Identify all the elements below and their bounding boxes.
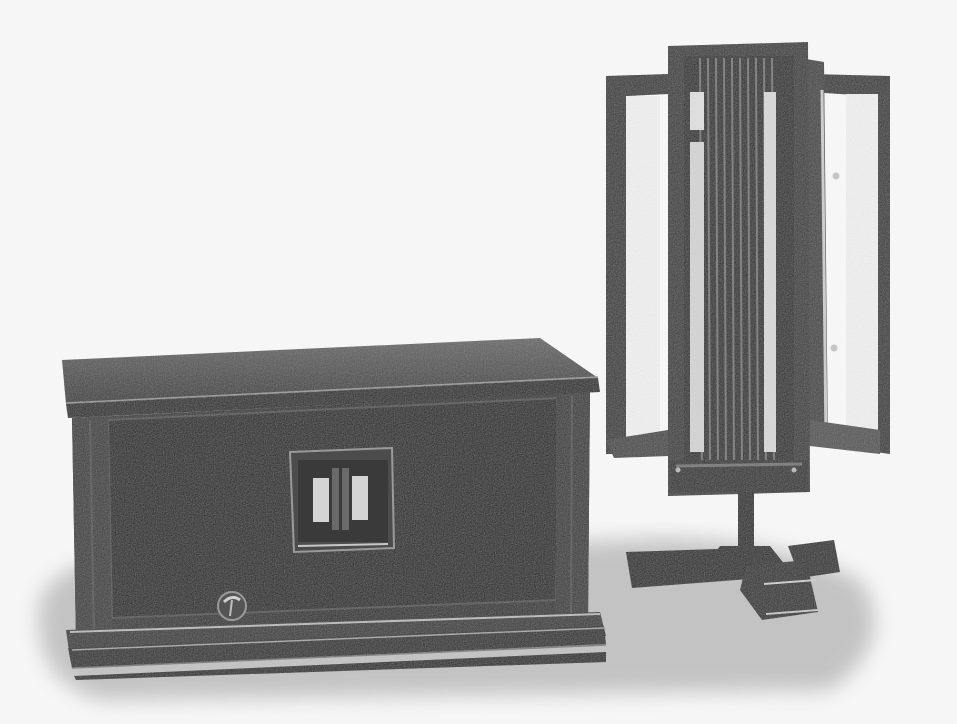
dial-panel [290,448,394,552]
dial-window-left [313,478,329,522]
photo-illustration [0,0,957,724]
photo-scene: Vintage halftone photograph of a radio r… [0,0,957,724]
control-knob [218,592,246,620]
loop-antenna [606,42,890,496]
dial-window-right [352,476,368,520]
